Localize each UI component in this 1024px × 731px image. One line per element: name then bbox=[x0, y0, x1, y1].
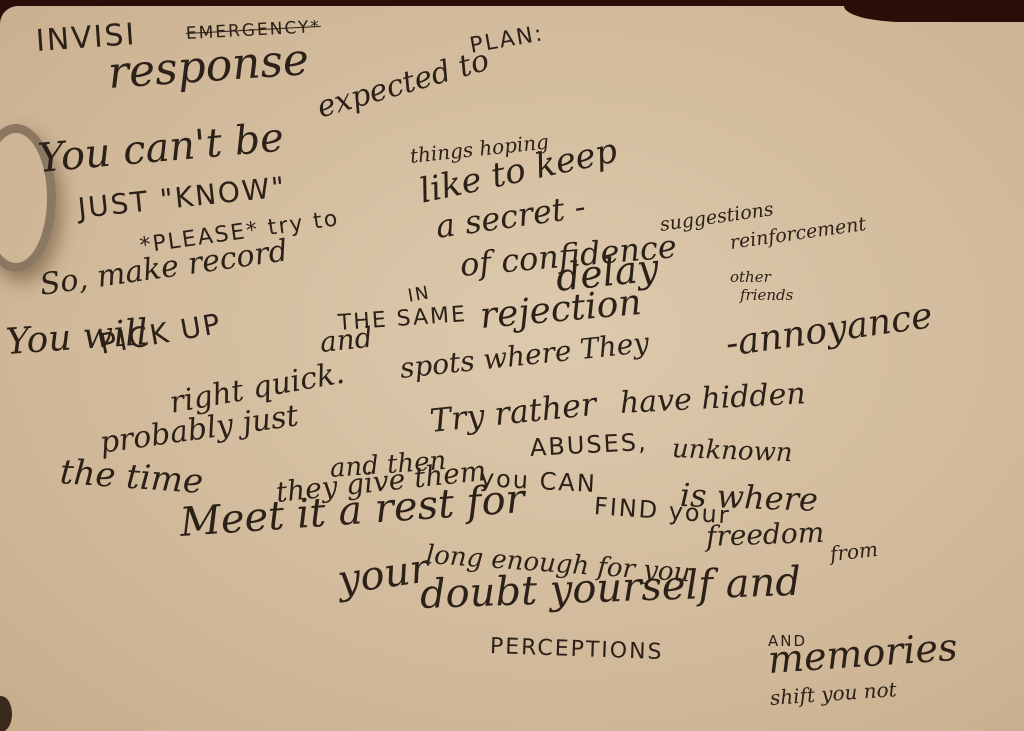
handwritten-text: other bbox=[730, 268, 771, 286]
binder-ring-bottom bbox=[0, 696, 12, 731]
handwritten-text: unknown bbox=[671, 434, 793, 468]
handwritten-text: spots where They bbox=[398, 326, 650, 385]
notebook-page: INVISI EMERGENCY* PLAN: response expecte… bbox=[0, 6, 1024, 731]
handwritten-text: ABUSES, bbox=[529, 428, 648, 462]
handwritten-text: You can't be bbox=[36, 115, 286, 182]
handwritten-text: freedom bbox=[705, 516, 824, 553]
handwritten-text: from bbox=[829, 537, 879, 566]
handwritten-text: have hidden bbox=[619, 376, 806, 421]
handwritten-text: and bbox=[318, 321, 374, 359]
handwritten-text: your bbox=[335, 545, 432, 603]
handwritten-text: the time bbox=[59, 452, 205, 502]
handwritten-text: IN bbox=[406, 282, 432, 307]
background-edge bbox=[844, 6, 1024, 22]
handwritten-text: friends bbox=[740, 286, 793, 304]
handwritten-text: -annoyance bbox=[723, 295, 935, 365]
handwritten-text: shift you not bbox=[769, 677, 897, 710]
handwritten-text: PERCEPTIONS bbox=[490, 634, 664, 665]
handwritten-text: expected to bbox=[313, 43, 493, 125]
